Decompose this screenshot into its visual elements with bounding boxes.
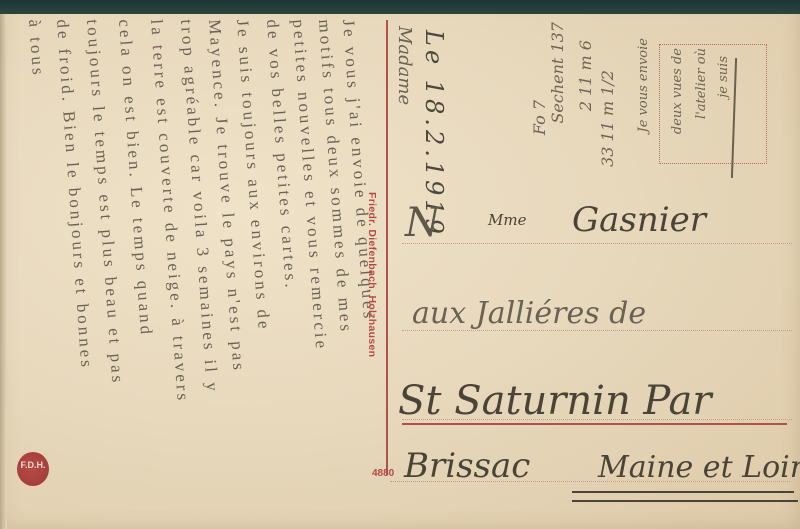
- address-underline: [572, 500, 798, 502]
- center-divider: [386, 20, 388, 475]
- publisher-imprint: Friedr. Diefenbach, Holzhausen: [366, 192, 378, 357]
- address-underline: [572, 491, 794, 493]
- handwritten-message: Je vous j'ai envoie de quelques motifs t…: [20, 20, 380, 520]
- address-prefix: Mme: [488, 211, 526, 229]
- publisher-seal-icon: F.D.H.: [17, 452, 49, 486]
- sender-note: Sechent 137: [548, 22, 567, 124]
- sender-note: Fo 7: [530, 100, 549, 135]
- sender-note: 2 11 m 6: [576, 40, 595, 111]
- sender-note: 33 11 m 1/2: [598, 70, 617, 167]
- message-line: à tous: [26, 19, 47, 78]
- card-left-edge: [0, 14, 7, 529]
- stamp-area-text: je suis: [716, 56, 731, 98]
- stamp-area-text: deux vues de: [670, 48, 685, 134]
- stamp-area-text: Je vous envoie: [636, 38, 651, 132]
- stamp-area-text: l'atelier où: [694, 48, 709, 119]
- address-town: Brissac: [404, 446, 530, 486]
- catalog-number: 4880: [372, 468, 394, 479]
- salutation: Madame: [394, 26, 415, 105]
- address-line-2: aux Jalliéres de: [412, 296, 646, 331]
- postcard-back: Je vous j'ai envoie de quelques motifs t…: [0, 0, 800, 529]
- scan-background-strip: [0, 0, 800, 14]
- address-name: Gasnier: [572, 200, 706, 240]
- address-title-mark: N: [405, 200, 440, 246]
- address-rule-1: [402, 243, 792, 244]
- address-region: Maine et Loire: [598, 450, 800, 485]
- address-line-3: St Saturnin Par: [398, 378, 712, 424]
